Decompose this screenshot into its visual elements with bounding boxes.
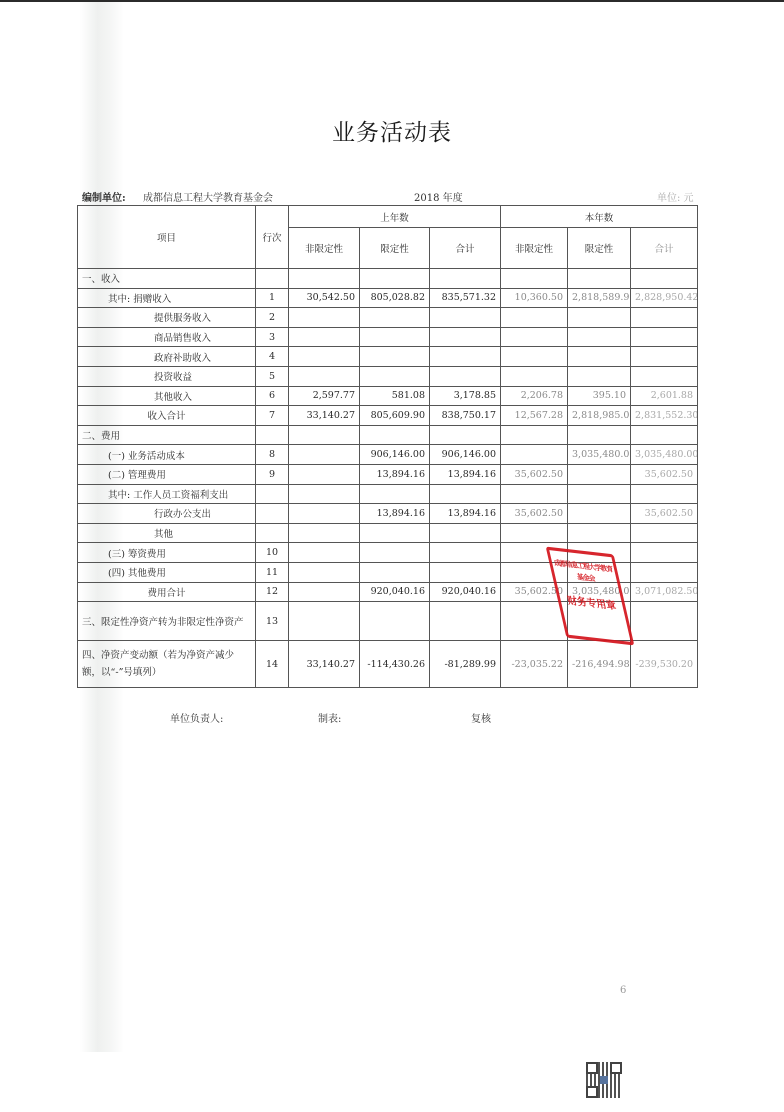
row-line-number: 14: [256, 641, 289, 688]
cell-py-res: 920,040.16: [360, 582, 430, 602]
cell-cy-res: [568, 504, 631, 524]
table-row: (一) 业务活动成本8906,146.00906,146.003,035,480…: [78, 445, 698, 465]
cell-py-total: [430, 484, 501, 504]
row-line-number: 13: [256, 602, 289, 641]
row-line-number: [256, 504, 289, 524]
cell-py-unres: [289, 445, 360, 465]
row-line-number: 7: [256, 406, 289, 426]
row-line-number: 2: [256, 308, 289, 328]
cell-py-unres: [289, 602, 360, 641]
cell-cy-total: [631, 425, 698, 445]
cell-py-unres: [289, 366, 360, 386]
table-row: 商品销售收入3: [78, 327, 698, 347]
cell-cy-res: [568, 366, 631, 386]
cell-cy-res: [568, 269, 631, 289]
cell-cy-res: [568, 523, 631, 543]
cell-py-unres: [289, 504, 360, 524]
row-item-label: (一) 业务活动成本: [78, 445, 256, 465]
cell-cy-total: [631, 308, 698, 328]
cell-py-total: [430, 308, 501, 328]
cell-py-total: [430, 425, 501, 445]
row-line-number: 10: [256, 543, 289, 563]
cell-py-res: [360, 269, 430, 289]
cell-py-total: [430, 269, 501, 289]
cell-cy-unres: 2,206.78: [501, 386, 568, 406]
cell-cy-unres: [501, 425, 568, 445]
cell-py-res: 13,894.16: [360, 464, 430, 484]
cell-cy-unres: [501, 445, 568, 465]
header-py-total: 合计: [430, 228, 501, 269]
org-label: 编制单位:: [82, 189, 126, 204]
cell-py-unres: [289, 269, 360, 289]
page-title: 业务活动表: [0, 114, 784, 147]
cell-cy-total: -239,530.20: [631, 641, 698, 688]
cell-cy-total: 2,831,552.30: [631, 406, 698, 426]
cell-cy-unres: [501, 366, 568, 386]
cell-py-total: [430, 327, 501, 347]
cell-py-res: -114,430.26: [360, 641, 430, 688]
cell-cy-total: [631, 484, 698, 504]
cell-cy-res: 395.10: [568, 386, 631, 406]
cell-py-unres: [289, 464, 360, 484]
cell-py-unres: 30,542.50: [289, 288, 360, 308]
cell-cy-res: [568, 347, 631, 367]
row-item-label: 费用合计: [78, 582, 256, 602]
row-line-number: 11: [256, 562, 289, 582]
table-row: 收入合计733,140.27805,609.90838,750.1712,567…: [78, 406, 698, 426]
cell-py-total: 920,040.16: [430, 582, 501, 602]
table-row: 其中: 捐赠收入130,542.50805,028.82835,571.3210…: [78, 288, 698, 308]
cell-py-res: 906,146.00: [360, 445, 430, 465]
cell-cy-res: [568, 327, 631, 347]
cell-py-unres: [289, 582, 360, 602]
row-item-label: (二) 管理费用: [78, 464, 256, 484]
cell-py-res: [360, 543, 430, 563]
cell-cy-total: [631, 562, 698, 582]
row-item-label: 行政办公支出: [78, 504, 256, 524]
cell-cy-res: [568, 425, 631, 445]
row-line-number: [256, 425, 289, 445]
footer-reviewed-by: 复核: [471, 710, 491, 725]
cell-py-res: [360, 425, 430, 445]
cell-py-total: [430, 347, 501, 367]
cell-cy-total: [631, 602, 698, 641]
row-line-number: 6: [256, 386, 289, 406]
cell-cy-res: 2,818,985.02: [568, 406, 631, 426]
cell-cy-total: [631, 269, 698, 289]
row-line-number: 4: [256, 347, 289, 367]
table-row: 二、费用: [78, 425, 698, 445]
cell-cy-unres: 35,602.50: [501, 464, 568, 484]
row-item-label: 四、净资产变动额（若为净资产减少额，以“-”号填列）: [78, 641, 256, 688]
cell-cy-unres: 10,360.50: [501, 288, 568, 308]
cell-py-res: [360, 602, 430, 641]
cell-cy-unres: [501, 523, 568, 543]
table-row: 政府补助收入4: [78, 347, 698, 367]
row-line-number: 5: [256, 366, 289, 386]
cell-py-total: [430, 543, 501, 563]
row-line-number: 8: [256, 445, 289, 465]
cell-cy-total: 2,828,950.42: [631, 288, 698, 308]
row-item-label: 商品销售收入: [78, 327, 256, 347]
table-row: 行政办公支出13,894.1613,894.1635,602.5035,602.…: [78, 504, 698, 524]
cell-cy-unres: -23,035.22: [501, 641, 568, 688]
cell-cy-total: 35,602.50: [631, 464, 698, 484]
cell-cy-total: [631, 366, 698, 386]
row-item-label: 提供服务收入: [78, 308, 256, 328]
cell-py-total: [430, 523, 501, 543]
header-current-year: 本年数: [501, 206, 698, 228]
cell-py-unres: [289, 327, 360, 347]
table-row: 其他: [78, 523, 698, 543]
cell-cy-res: 2,818,589.92: [568, 288, 631, 308]
cell-py-res: [360, 484, 430, 504]
cell-py-total: [430, 562, 501, 582]
currency-unit: 单位: 元: [657, 189, 694, 204]
cell-cy-total: [631, 347, 698, 367]
qr-code-icon[interactable]: [586, 1062, 622, 1098]
row-line-number: 3: [256, 327, 289, 347]
stamp-seal-text: 财务专用章: [559, 595, 624, 614]
cell-py-total: 13,894.16: [430, 504, 501, 524]
row-item-label: 投资收益: [78, 366, 256, 386]
cell-cy-total: 2,601.88: [631, 386, 698, 406]
row-item-label: 二、费用: [78, 425, 256, 445]
header-prior-year: 上年数: [289, 206, 501, 228]
cell-py-total: -81,289.99: [430, 641, 501, 688]
qr-finder-icon: [586, 1086, 598, 1098]
cell-py-total: 906,146.00: [430, 445, 501, 465]
row-line-number: 12: [256, 582, 289, 602]
table-row: 投资收益5: [78, 366, 698, 386]
row-line-number: 9: [256, 464, 289, 484]
cell-cy-total: [631, 327, 698, 347]
row-line-number: [256, 523, 289, 543]
cell-py-res: [360, 562, 430, 582]
cell-py-total: 838,750.17: [430, 406, 501, 426]
cell-py-unres: [289, 425, 360, 445]
cell-py-total: 3,178.85: [430, 386, 501, 406]
cell-py-unres: [289, 484, 360, 504]
cell-cy-total: 35,602.50: [631, 504, 698, 524]
header-item: 项目: [78, 206, 256, 269]
cell-py-total: 13,894.16: [430, 464, 501, 484]
header-cy-restricted: 限定性: [568, 228, 631, 269]
table-row: 一、收入: [78, 269, 698, 289]
cell-cy-unres: [501, 308, 568, 328]
row-item-label: 其中: 捐赠收入: [78, 288, 256, 308]
cell-cy-unres: 12,567.28: [501, 406, 568, 426]
table-row: 四、净资产变动额（若为净资产减少额，以“-”号填列）1433,140.27-11…: [78, 641, 698, 688]
row-item-label: 三、限定性净资产转为非限定性净资产: [78, 602, 256, 641]
cell-cy-unres: [501, 327, 568, 347]
cell-py-res: [360, 366, 430, 386]
header-py-unrestricted: 非限定性: [289, 228, 360, 269]
header-cy-unrestricted: 非限定性: [501, 228, 568, 269]
row-item-label: 其他: [78, 523, 256, 543]
cell-cy-res: [568, 464, 631, 484]
row-line-number: [256, 484, 289, 504]
cell-py-res: [360, 347, 430, 367]
report-period: 2018 年度: [414, 189, 463, 204]
cell-py-total: [430, 366, 501, 386]
cell-cy-unres: [501, 602, 568, 641]
cell-cy-total: [631, 543, 698, 563]
table-row: 其他收入62,597.77581.083,178.852,206.78395.1…: [78, 386, 698, 406]
cell-py-total: 835,571.32: [430, 288, 501, 308]
cell-py-res: 581.08: [360, 386, 430, 406]
cell-cy-unres: [501, 484, 568, 504]
header-py-restricted: 限定性: [360, 228, 430, 269]
table-row: 其中: 工作人员工资福利支出: [78, 484, 698, 504]
table-row: (二) 管理费用913,894.1613,894.1635,602.5035,6…: [78, 464, 698, 484]
cell-py-res: 805,609.90: [360, 406, 430, 426]
cell-cy-unres: [501, 347, 568, 367]
page-number: 6: [620, 985, 626, 996]
cell-cy-res: [568, 308, 631, 328]
cell-py-unres: [289, 523, 360, 543]
cell-py-res: [360, 308, 430, 328]
row-item-label: 收入合计: [78, 406, 256, 426]
cell-cy-total: 3,035,480.00: [631, 445, 698, 465]
cell-py-unres: 2,597.77: [289, 386, 360, 406]
cell-py-res: 13,894.16: [360, 504, 430, 524]
cell-py-res: [360, 523, 430, 543]
cell-py-unres: 33,140.27: [289, 641, 360, 688]
cell-cy-unres: 35,602.50: [501, 504, 568, 524]
cell-py-res: 805,028.82: [360, 288, 430, 308]
cell-cy-res: 3,035,480.00: [568, 445, 631, 465]
cell-cy-res: [568, 484, 631, 504]
row-item-label: 一、收入: [78, 269, 256, 289]
cell-py-unres: 33,140.27: [289, 406, 360, 426]
cell-py-res: [360, 327, 430, 347]
row-line-number: 1: [256, 288, 289, 308]
cell-py-unres: [289, 308, 360, 328]
row-item-label: (三) 筹资费用: [78, 543, 256, 563]
stamp-org-text: 成都信息工程大学教育基金会: [551, 556, 618, 586]
qr-logo-icon: [600, 1076, 608, 1084]
row-item-label: 其他收入: [78, 386, 256, 406]
header-line: 行次: [256, 206, 289, 269]
cell-py-unres: [289, 347, 360, 367]
footer-prepared-by: 制表:: [318, 710, 341, 725]
cell-cy-unres: [501, 269, 568, 289]
footer-head-of-unit: 单位负责人:: [170, 710, 223, 725]
row-item-label: 政府补助收入: [78, 347, 256, 367]
org-name: 成都信息工程大学教育基金会: [143, 189, 273, 204]
row-item-label: 其中: 工作人员工资福利支出: [78, 484, 256, 504]
cell-py-total: [430, 602, 501, 641]
cell-cy-total: 3,071,082.50: [631, 582, 698, 602]
header-cy-total: 合计: [631, 228, 698, 269]
cell-cy-total: [631, 523, 698, 543]
row-item-label: (四) 其他费用: [78, 562, 256, 582]
row-line-number: [256, 269, 289, 289]
cell-cy-res: -216,494.98: [568, 641, 631, 688]
table-row: 提供服务收入2: [78, 308, 698, 328]
cell-py-unres: [289, 562, 360, 582]
cell-py-unres: [289, 543, 360, 563]
